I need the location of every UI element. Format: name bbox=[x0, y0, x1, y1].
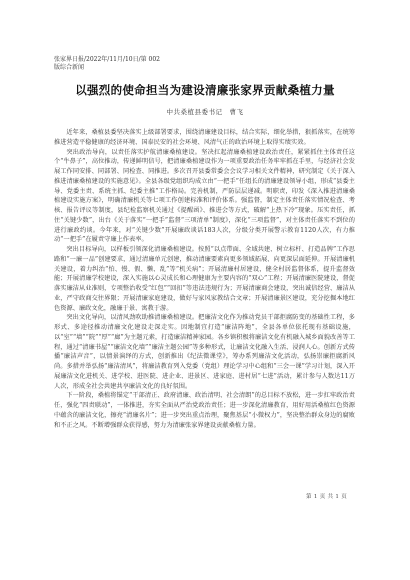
article-paragraph: 突出文化导向，以清风劲吹助推清廉桑植建设。把廉洁文化作为推动党员干部拒腐防变的基… bbox=[54, 313, 355, 391]
publication-source: 张家界日报/2022年/11月/10日/第 002 bbox=[54, 56, 160, 64]
article-title: 以强烈的使命担当为建设清廉张家界贡献桑植力量 bbox=[0, 82, 410, 98]
publication-section: 版综合新闻 bbox=[54, 64, 160, 72]
article-paragraph: 突出政治导向，以责任落实护航清廉桑植建设。坚决扛起清廉桑植建设政治责任，紧紧抓住… bbox=[54, 148, 355, 246]
article-paragraph: 突出目标导向，以样板引领深化清廉桑植建设。按照“以点带面、全域共建、树立标杆、打… bbox=[54, 245, 355, 313]
article-paragraph: 下一阶段，桑植将锚定“干部清正、政府清廉、政治清明、社会清朗”的总目标不放松，进… bbox=[54, 391, 355, 430]
article-body: 近年来，桑植县委坚决落实上级部署要求，围绕清廉建设目标，结合实际，细化举措，狠抓… bbox=[54, 128, 355, 430]
page-number: 第 1 页 共 1 页 bbox=[306, 492, 347, 500]
publication-meta: 张家界日报/2022年/11月/10日/第 002 版综合新闻 bbox=[54, 56, 160, 72]
document-page: 张家界日报/2022年/11月/10日/第 002 版综合新闻 以强烈的使命担当… bbox=[0, 0, 410, 580]
article-paragraph: 近年来，桑植县委坚决落实上级部署要求，围绕清廉建设目标，结合实际，细化举措，狠抓… bbox=[54, 128, 355, 148]
article-byline: 中共桑植县委书记 曹飞 bbox=[0, 107, 410, 116]
